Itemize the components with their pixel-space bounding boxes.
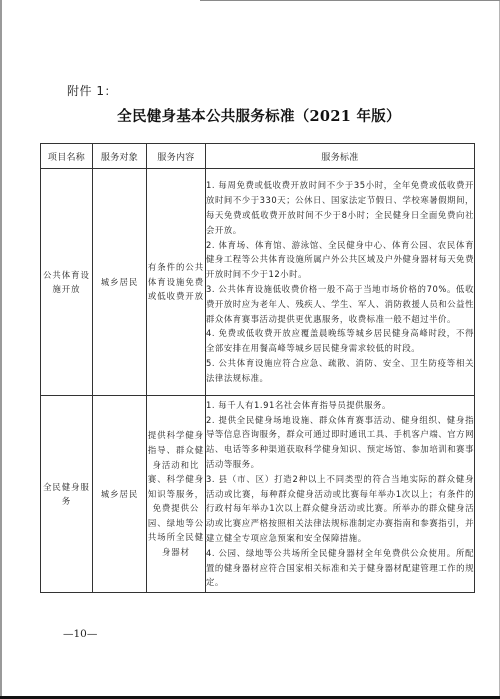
standard-item: 2. 提供全民健身场地设施、群众体育赛事活动、健身组织、健身指导等信息咨询服务，… — [206, 413, 474, 472]
standards-cell: 1. 每周免费或低收费开放时间不少于35小时，全年免费或低收费开放时间不少于33… — [206, 169, 475, 396]
table-row: 公共体育设施开放 城乡居民 有条件的公共体育设施免费或低收费开放 1. 每周免费… — [41, 169, 475, 396]
standard-item: 3. 公共体育设施低收费价格一般不高于当地市场价格的70%。低收费开放时应为老年… — [206, 282, 474, 326]
target-cell: 城乡居民 — [93, 169, 147, 396]
header-content: 服务内容 — [147, 144, 206, 169]
item-name-cell: 全民健身服务 — [41, 396, 93, 593]
standard-item: 4. 公园、绿地等公共场所全民健身器材全年免费供公众使用。所配置的健身器材应符合… — [206, 546, 474, 590]
target-cell: 城乡居民 — [93, 396, 147, 593]
attachment-label: 附件 1： — [67, 82, 117, 99]
header-standards: 服务标准 — [206, 144, 475, 169]
content-cell: 提供科学健身指导、群众健身活动和比赛、科学健身知识等服务，免费提供公园、绿地等公… — [147, 396, 206, 593]
standard-item: 1. 每周免费或低收费开放时间不少于35小时，全年免费或低收费开放时间不少于33… — [206, 178, 474, 237]
document-title: 全民健身基本公共服务标准（2021 年版） — [0, 105, 500, 126]
standards-cell: 1. 每千人有1.91名社会体育指导员提供服务。 2. 提供全民健身场地设施、群… — [206, 396, 475, 593]
service-standards-table: 项目名称 服务对象 服务内容 服务标准 公共体育设施开放 城乡居民 有条件的公共… — [40, 143, 475, 593]
standard-item: 1. 每千人有1.91名社会体育指导员提供服务。 — [206, 398, 474, 413]
standard-item: 2. 体育场、体育馆、游泳馆、全民健身中心、体育公园、农民体育健身工程等公共体育… — [206, 238, 474, 282]
standard-item: 5. 公共体育设施应符合应急、疏散、消防、安全、卫生防疫等相关法律法规标准。 — [206, 356, 474, 386]
content-cell: 有条件的公共体育设施免费或低收费开放 — [147, 169, 206, 396]
item-name-cell: 公共体育设施开放 — [41, 169, 93, 396]
header-item-name: 项目名称 — [41, 144, 93, 169]
table-row: 全民健身服务 城乡居民 提供科学健身指导、群众健身活动和比赛、科学健身知识等服务… — [41, 396, 475, 593]
standard-item: 4. 免费或低收费开放应覆盖晨晚练等城乡居民健身高峰时段，不得全部安排在用餐高峰… — [206, 326, 474, 356]
header-target: 服务对象 — [93, 144, 147, 169]
standard-item: 3. 县（市、区）打造2种以上不同类型的符合当地实际的群众健身活动或比赛，每种群… — [206, 472, 474, 546]
page-edge — [200, 0, 500, 1]
table-header-row: 项目名称 服务对象 服务内容 服务标准 — [41, 144, 475, 169]
page-number: —10— — [63, 628, 97, 640]
